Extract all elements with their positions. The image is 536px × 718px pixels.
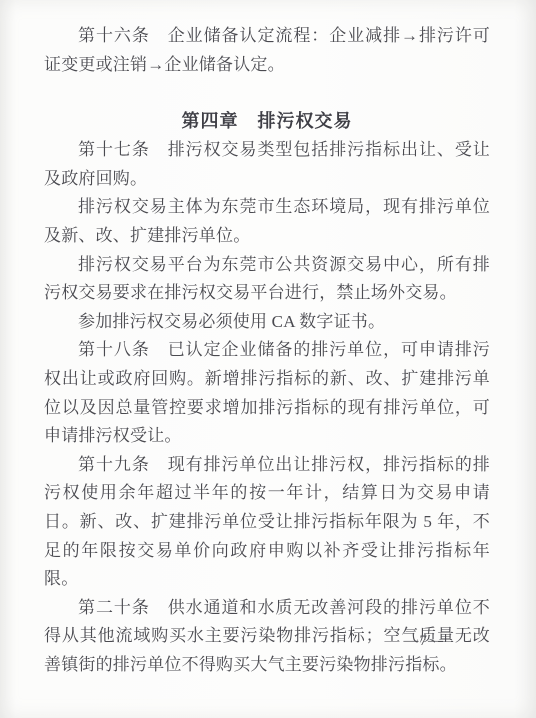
paragraph-article-17: 第十七条 排污权交易类型包括排污指标出让、受让及政府回购。	[44, 136, 490, 193]
chapter-heading: 第四章 排污权交易	[44, 107, 490, 136]
paragraph-trading-platform: 排污权交易平台为东莞市公共资源交易中心，所有排污权交易要求在排污权交易平台进行，…	[44, 251, 490, 308]
paragraph-ca-certificate: 参加排污权交易必须使用 CA 数字证书。	[44, 308, 490, 337]
page-number: —7—	[404, 632, 445, 650]
paragraph-trading-subject: 排污权交易主体为东莞市生态环境局，现有排污单位及新、改、扩建排污单位。	[44, 193, 490, 250]
paragraph-article-16: 第十六条 企业储备认定流程：企业减排→排污许可证变更或注销→企业储备认定。	[44, 22, 490, 79]
document-body: 第十六条 企业储备认定流程：企业减排→排污许可证变更或注销→企业储备认定。 第四…	[44, 22, 490, 679]
document-page: 第十六条 企业储备认定流程：企业减排→排污许可证变更或注销→企业储备认定。 第四…	[0, 0, 536, 718]
paragraph-article-18: 第十八条 已认定企业储备的排污单位，可申请排污权出让或政府回购。新增排污指标的新…	[44, 336, 490, 450]
paragraph-article-19: 第十九条 现有排污单位出让排污权，排污指标的排污权使用余年超过半年的按一年计，结…	[44, 451, 490, 594]
